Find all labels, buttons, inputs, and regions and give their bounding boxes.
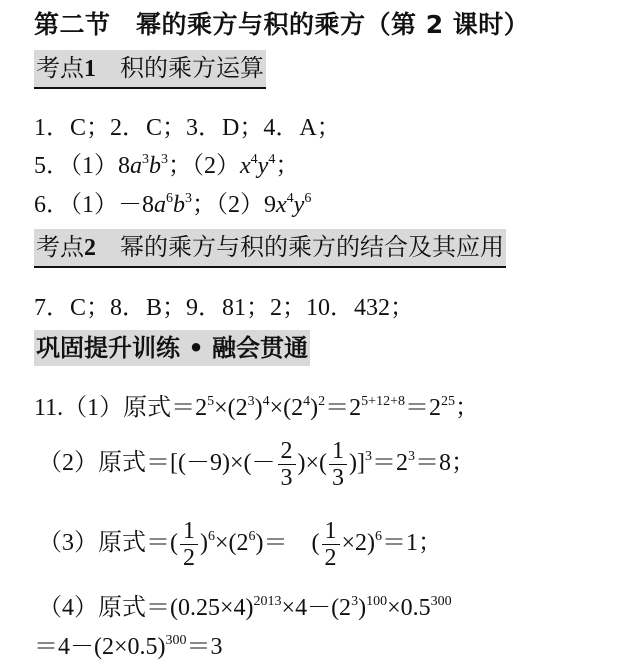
- section-prefix: 考点: [36, 233, 84, 261]
- q11-part-2: （2）原式＝[(－9)×(－23)×(13)]3＝23＝8；: [38, 438, 475, 491]
- section-prefix: 考点: [36, 54, 84, 82]
- section-heading-2: 考点2 幂的乘方与积的乘方的结合及其应用: [34, 229, 506, 268]
- answer-line-5: 5．（1）8a3b3；（2）x4y4；: [34, 151, 299, 181]
- section-label: 幂的乘方与积的乘方的结合及其应用: [120, 233, 504, 261]
- page-title: 第二节 幂的乘方与积的乘方（第 2 课时）: [34, 8, 529, 42]
- answer-line-7: 7．C；8．B；9．81；2；10．432；: [34, 293, 414, 323]
- fraction: 12: [322, 518, 340, 571]
- section-heading-3: 巩固提升训练 • 融会贯通: [34, 330, 310, 366]
- q11-part-1: 11.（1）原式＝25×(23)4×(24)2＝25+12+8＝225；: [34, 393, 479, 423]
- section-number: 2: [84, 235, 96, 261]
- answer-line-1: 1．C；2．C；3．D；4．A；: [34, 113, 341, 143]
- section-heading-1: 考点1 积的乘方运算: [34, 50, 266, 89]
- q11-part-4: （4）原式＝(0.25×4)2013×4－(23)100×0.5300: [38, 593, 452, 623]
- section-number: 1: [84, 56, 96, 82]
- q11-part-4-continued: ＝4－(2×0.5)300＝3: [34, 632, 223, 662]
- fraction: 13: [329, 438, 347, 491]
- fraction: 12: [180, 518, 198, 571]
- answer-line-6: 6．（1）－8a6b3；（2）9x4y6: [34, 190, 311, 220]
- fraction: 23: [278, 438, 296, 491]
- q11-part-3: （3）原式＝(12)6×(26)＝ (12×2)6＝1；: [38, 518, 442, 571]
- section-label: 积的乘方运算: [120, 54, 264, 82]
